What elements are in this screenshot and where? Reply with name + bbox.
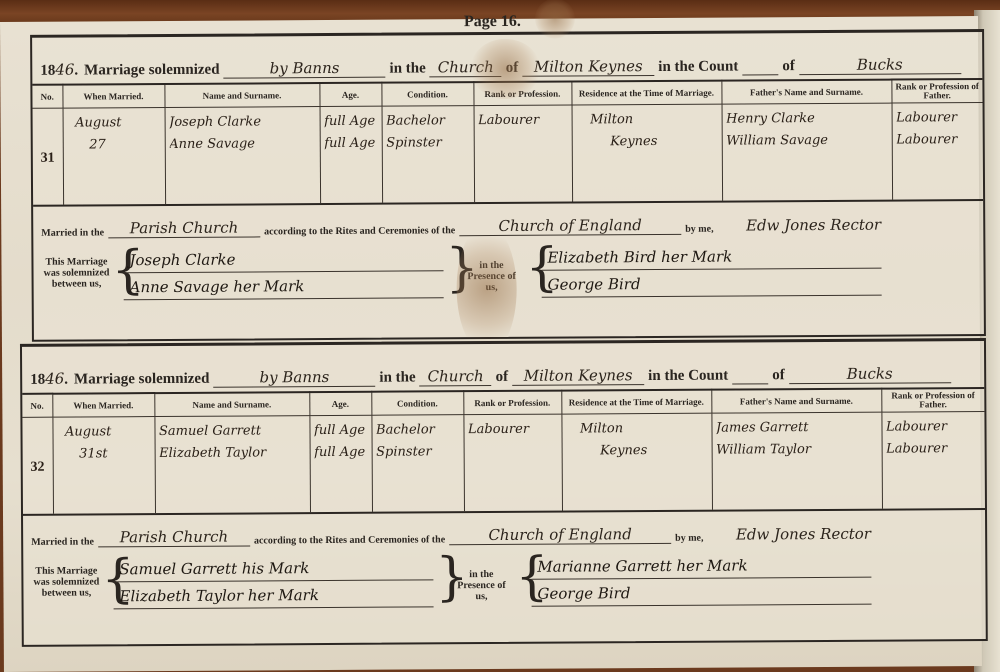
between-us-label: This Marriage was solemnized between us,	[31, 565, 101, 598]
fathers: Henry Clarke William Savage	[722, 103, 893, 201]
of-label: of	[496, 369, 509, 386]
groom-name: Joseph Clarke	[169, 111, 315, 134]
married-in: Parish Church	[108, 218, 260, 238]
names: Samuel Garrett Elizabeth Taylor	[154, 416, 310, 513]
col-condition: Condition.	[381, 82, 473, 106]
couple-signatures: Samuel Garrett his Mark Elizabeth Taylor…	[113, 553, 433, 609]
names: Joseph Clarke Anne Savage	[165, 107, 321, 204]
rites: Church of England	[459, 216, 681, 236]
father-ranks: Labourer Labourer	[892, 102, 984, 199]
residence: Milton Keynes	[572, 104, 723, 201]
witness-signature: George Bird	[542, 269, 882, 298]
entry-heading: 1846. Marriage solemnized by Banns in th…	[22, 341, 984, 393]
marriage-entry: 1846. Marriage solemnized by Banns in th…	[20, 338, 988, 647]
couple-signatures: Joseph Clarke Anne Savage her Mark	[123, 244, 443, 300]
married-in-line: Married in the Parish Church according t…	[31, 516, 977, 548]
residence: Milton Keynes	[561, 413, 712, 510]
register-table: No. When Married. Name and Surname. Age.…	[22, 387, 985, 514]
bride-signature: Elizabeth Taylor her Mark	[113, 580, 433, 609]
col-residence: Residence at the Time of Marriage.	[571, 81, 721, 105]
witness-signature: Elizabeth Bird her Mark	[541, 242, 881, 271]
marriage-entry: 1846. Marriage solemnized by Banns in th…	[30, 29, 986, 342]
officiant-signature: Edw Jones Rector	[707, 525, 899, 544]
groom-name: Samuel Garrett	[159, 420, 305, 443]
year: 1846.	[40, 61, 78, 80]
conditions: Bachelor Spinster	[371, 415, 464, 512]
solemnized-by: by Banns	[223, 59, 385, 79]
witness-signature: George Bird	[531, 578, 871, 607]
col-when-married: When Married.	[52, 393, 154, 417]
witness-signature: Marianne Garrett her Mark	[531, 551, 871, 580]
father-ranks: Labourer Labourer	[881, 411, 985, 508]
solemnized-label: Marriage solemnized	[74, 371, 209, 389]
year: 1846.	[30, 370, 68, 389]
groom-signature: Samuel Garrett his Mark	[113, 553, 433, 582]
presence-label: in the Presence of us,	[461, 260, 521, 293]
county: Bucks	[799, 55, 961, 75]
of-county-label: of	[772, 367, 785, 384]
ages: full Age full Age	[320, 106, 383, 203]
ranks: Labourer	[474, 105, 573, 202]
bride-name: Anne Savage	[169, 133, 315, 156]
table-row: 32 August 31st Samuel Garrett Elizabeth …	[22, 411, 985, 513]
witness-signatures: Elizabeth Bird her Mark George Bird	[541, 242, 881, 298]
witness-signatures: Marianne Garrett her Mark George Bird	[531, 551, 871, 607]
between-us-label: This Marriage was solemnized between us,	[41, 256, 111, 289]
col-no: No.	[22, 394, 52, 418]
entry-heading: 1846. Marriage solemnized by Banns in th…	[32, 32, 982, 84]
county-label: in the Count	[648, 368, 728, 385]
groom-signature: Joseph Clarke	[123, 244, 443, 273]
col-age: Age.	[309, 392, 371, 416]
page-title: Page 16.	[464, 13, 521, 31]
conditions: Bachelor Spinster	[382, 106, 475, 203]
officiant-signature: Edw Jones Rector	[717, 215, 909, 234]
place-type: Church	[430, 58, 502, 77]
bride-signature: Anne Savage her Mark	[124, 271, 444, 300]
married-in-line: Married in the Parish Church according t…	[41, 207, 975, 239]
col-father-name: Father's Name and Surname.	[711, 389, 881, 414]
fathers: James Garrett William Taylor	[711, 412, 882, 510]
col-condition: Condition.	[371, 391, 463, 415]
county-label: in the Count	[658, 58, 738, 75]
register-page: Page 16. 1846. Marriage solemnized by Ba…	[0, 16, 982, 672]
married-in: Parish Church	[98, 527, 250, 547]
solemnized-by: by Banns	[213, 368, 375, 388]
when-married: August 31st	[52, 417, 155, 514]
bride-name: Elizabeth Taylor	[159, 442, 305, 465]
county: Bucks	[789, 364, 951, 384]
entry-number: 31	[33, 108, 64, 205]
entry-number: 32	[22, 417, 53, 514]
col-father-name: Father's Name and Surname.	[721, 80, 891, 105]
in-the-label: in the	[379, 369, 415, 386]
table-row: 31 August 27 Joseph Clarke Anne Savage f…	[33, 102, 984, 204]
of-county-label: of	[782, 58, 795, 75]
solemnized-label: Marriage solemnized	[84, 62, 219, 80]
parish: Milton Keynes	[522, 57, 654, 77]
when-married: August 27	[63, 107, 166, 204]
solemnization-section: Married in the Parish Church according t…	[23, 508, 986, 646]
col-residence: Residence at the Time of Marriage.	[561, 390, 711, 414]
ages: full Age full Age	[309, 415, 372, 512]
col-when-married: When Married.	[62, 84, 164, 108]
place-type: Church	[420, 367, 492, 386]
col-father-rank: Rank or Profession of Father.	[891, 79, 982, 103]
ranks: Labourer	[463, 414, 562, 511]
in-the-label: in the	[389, 60, 425, 77]
parish: Milton Keynes	[512, 366, 644, 386]
col-age: Age.	[319, 83, 381, 107]
col-rank: Rank or Profession.	[473, 82, 571, 106]
col-name: Name and Surname.	[164, 83, 319, 107]
col-name: Name and Surname.	[154, 392, 309, 416]
presence-label: in the Presence of us,	[451, 569, 511, 602]
col-no: No.	[32, 85, 62, 109]
col-rank: Rank or Profession.	[463, 391, 561, 415]
register-table: No. When Married. Name and Surname. Age.…	[32, 78, 983, 205]
col-father-rank: Rank or Profession of Father.	[881, 388, 984, 412]
solemnization-section: Married in the Parish Church according t…	[33, 199, 984, 337]
rites: Church of England	[449, 525, 671, 545]
of-label: of	[506, 60, 519, 77]
